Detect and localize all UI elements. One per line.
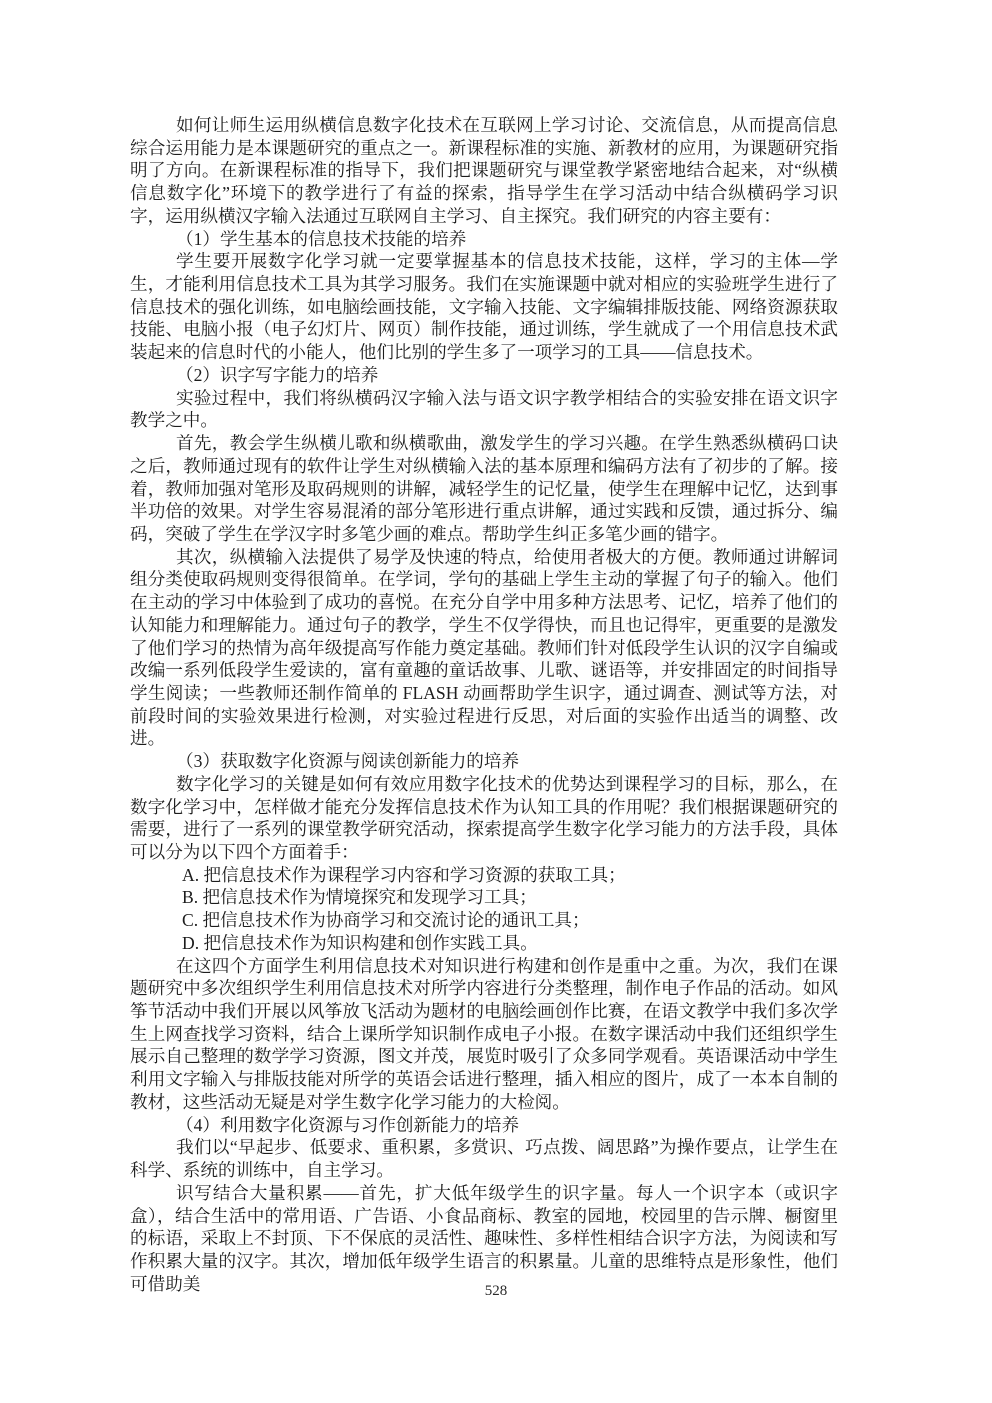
section-2-paragraph-1: 实验过程中，我们将纵横码汉字输入法与语文识字教学相结合的实验安排在语文识字教学之… — [130, 387, 838, 432]
section-3-paragraph-2: 在这四个方面学生利用信息技术对知识进行构建和创作是重中之重。为次，我们在课题研究… — [130, 955, 838, 1114]
section-1-heading: （1）学生基本的信息技术技能的培养 — [130, 228, 838, 251]
section-4-paragraph-1: 我们以“早起步、低要求、重积累，多赏识、巧点拨、阔思路”为操作要点，让学生在科学… — [130, 1136, 838, 1181]
body-text-block: 如何让师生运用纵横信息数字化技术在互联网上学习讨论、交流信息，从而提高信息综合运… — [130, 114, 838, 1295]
section-4-heading: （4）利用数字化资源与习作创新能力的培养 — [130, 1114, 838, 1137]
section-3-heading: （3）获取数字化资源与阅读创新能力的培养 — [130, 750, 838, 773]
section-4-paragraph-2: 识写结合大量积累——首先，扩大低年级学生的识字量。每人一个识字本（或识字盒），结… — [130, 1182, 838, 1296]
page-number: 528 — [0, 1283, 992, 1300]
document-page: 如何让师生运用纵横信息数字化技术在互联网上学习讨论、交流信息，从而提高信息综合运… — [0, 0, 992, 1403]
section-3-paragraph-1: 数字化学习的关键是如何有效应用数字化技术的优势达到课程学习的目标，那么，在数字化… — [130, 773, 838, 864]
section-1-paragraph: 学生要开展数字化学习就一定要掌握基本的信息技术技能，这样，学习的主体—学生，才能… — [130, 250, 838, 364]
section-2-paragraph-3: 其次，纵横输入法提供了易学及快速的特点，给使用者极大的方便。教师通过讲解词组分类… — [130, 546, 838, 750]
list-item-d: D. 把信息技术作为知识构建和创作实践工具。 — [130, 932, 838, 955]
list-item-a: A. 把信息技术作为课程学习内容和学习资源的获取工具； — [130, 864, 838, 887]
list-item-c: C. 把信息技术作为协商学习和交流讨论的通讯工具； — [130, 909, 838, 932]
section-2-heading: （2）识字写字能力的培养 — [130, 364, 838, 387]
section-2-paragraph-2: 首先，教会学生纵横儿歌和纵横歌曲，激发学生的学习兴趣。在学生熟悉纵横码口诀之后，… — [130, 432, 838, 546]
list-item-b: B. 把信息技术作为情境探究和发现学习工具； — [130, 886, 838, 909]
paragraph-intro: 如何让师生运用纵横信息数字化技术在互联网上学习讨论、交流信息，从而提高信息综合运… — [130, 114, 838, 228]
